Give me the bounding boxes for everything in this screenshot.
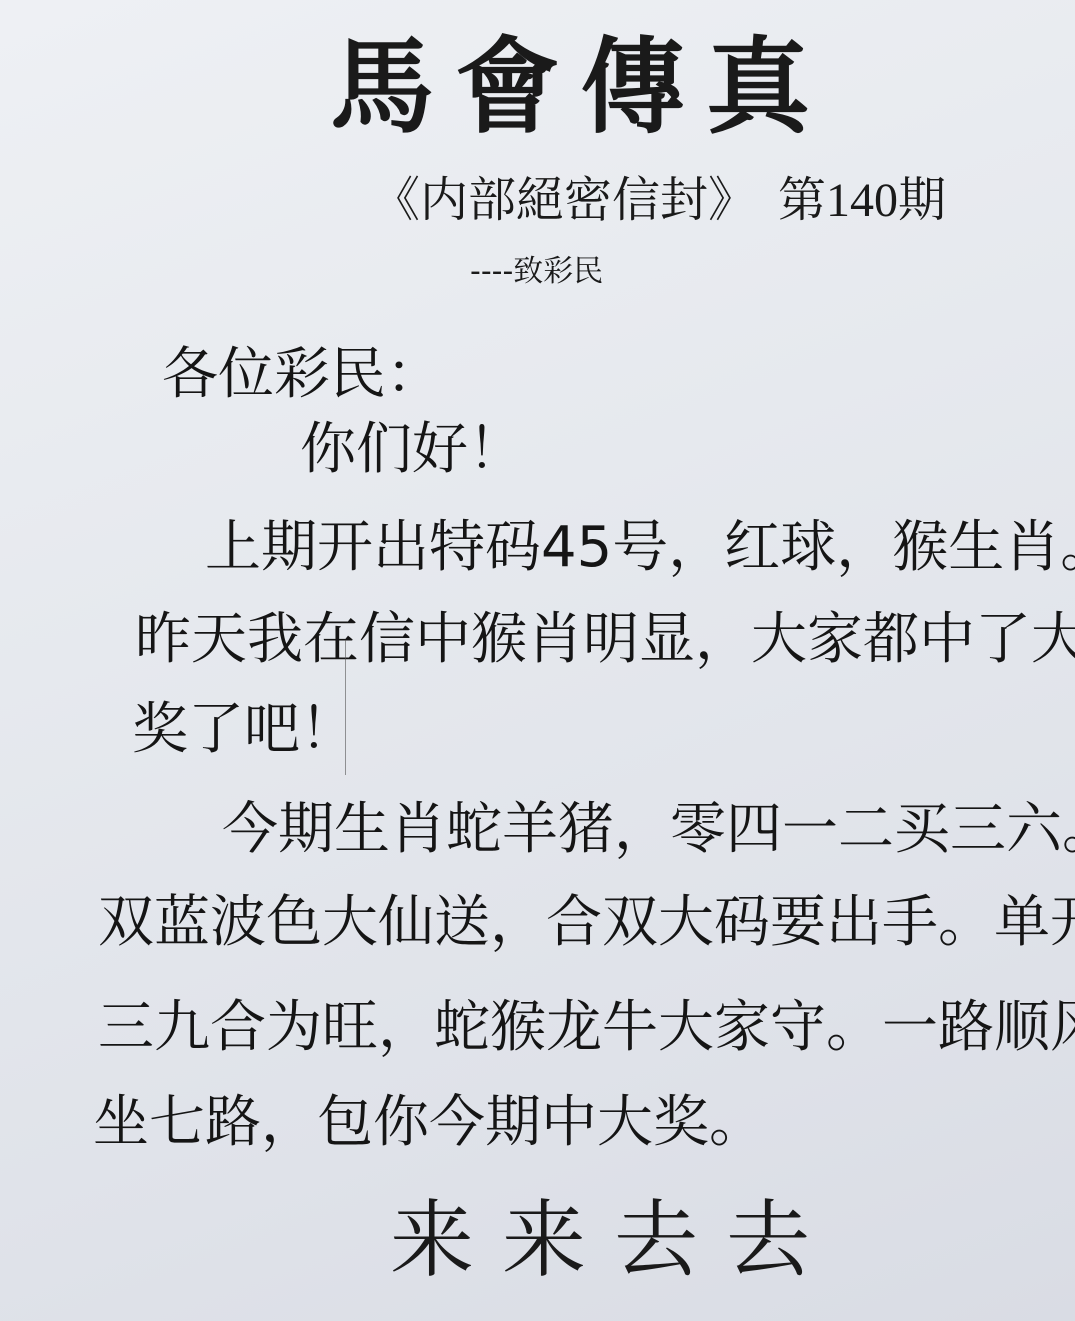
closing-char: 去	[614, 1180, 698, 1300]
title-char: 傳	[581, 22, 685, 152]
body-line: 上期开出特码45号，红球，猴生肖。	[205, 508, 1075, 588]
body-line: 坐七路，包你今期中大奖。	[93, 1083, 765, 1163]
subtitle-text: 《内部絕密信封》	[372, 172, 756, 228]
title-char: 會	[455, 22, 559, 152]
title-char: 真	[706, 22, 810, 152]
document-subtitle: 《内部絕密信封》第140期	[372, 165, 946, 236]
issue-number: 第140期	[778, 174, 946, 227]
fax-document: 馬 會 傳 真 《内部絕密信封》第140期 ----致彩民 各位彩民： 你们好！…	[0, 0, 1075, 1321]
dedication: ----致彩民	[470, 250, 603, 294]
greeting: 你们好！	[300, 410, 524, 490]
salutation: 各位彩民：	[162, 335, 442, 415]
body-line: 双蓝波色大仙送，合双大码要出手。单开	[98, 883, 1075, 963]
closing-char: 来	[390, 1180, 474, 1300]
closing-char: 来	[502, 1180, 586, 1300]
body-line: 三九合为旺，蛇猴龙牛大家守。一路顺风	[98, 988, 1075, 1068]
body-line: 今期生肖蛇羊猪，零四一二买三六。	[222, 790, 1075, 870]
document-title: 馬 會 傳 真	[330, 22, 810, 152]
body-line: 昨天我在信中猴肖明显，大家都中了大	[135, 600, 1075, 680]
closing-char: 去	[726, 1180, 810, 1300]
title-char: 馬	[330, 22, 434, 152]
closing-phrase: 来 来 去 去	[390, 1180, 810, 1300]
paper-crease	[345, 640, 346, 775]
body-line: 奖了吧！	[132, 690, 356, 770]
